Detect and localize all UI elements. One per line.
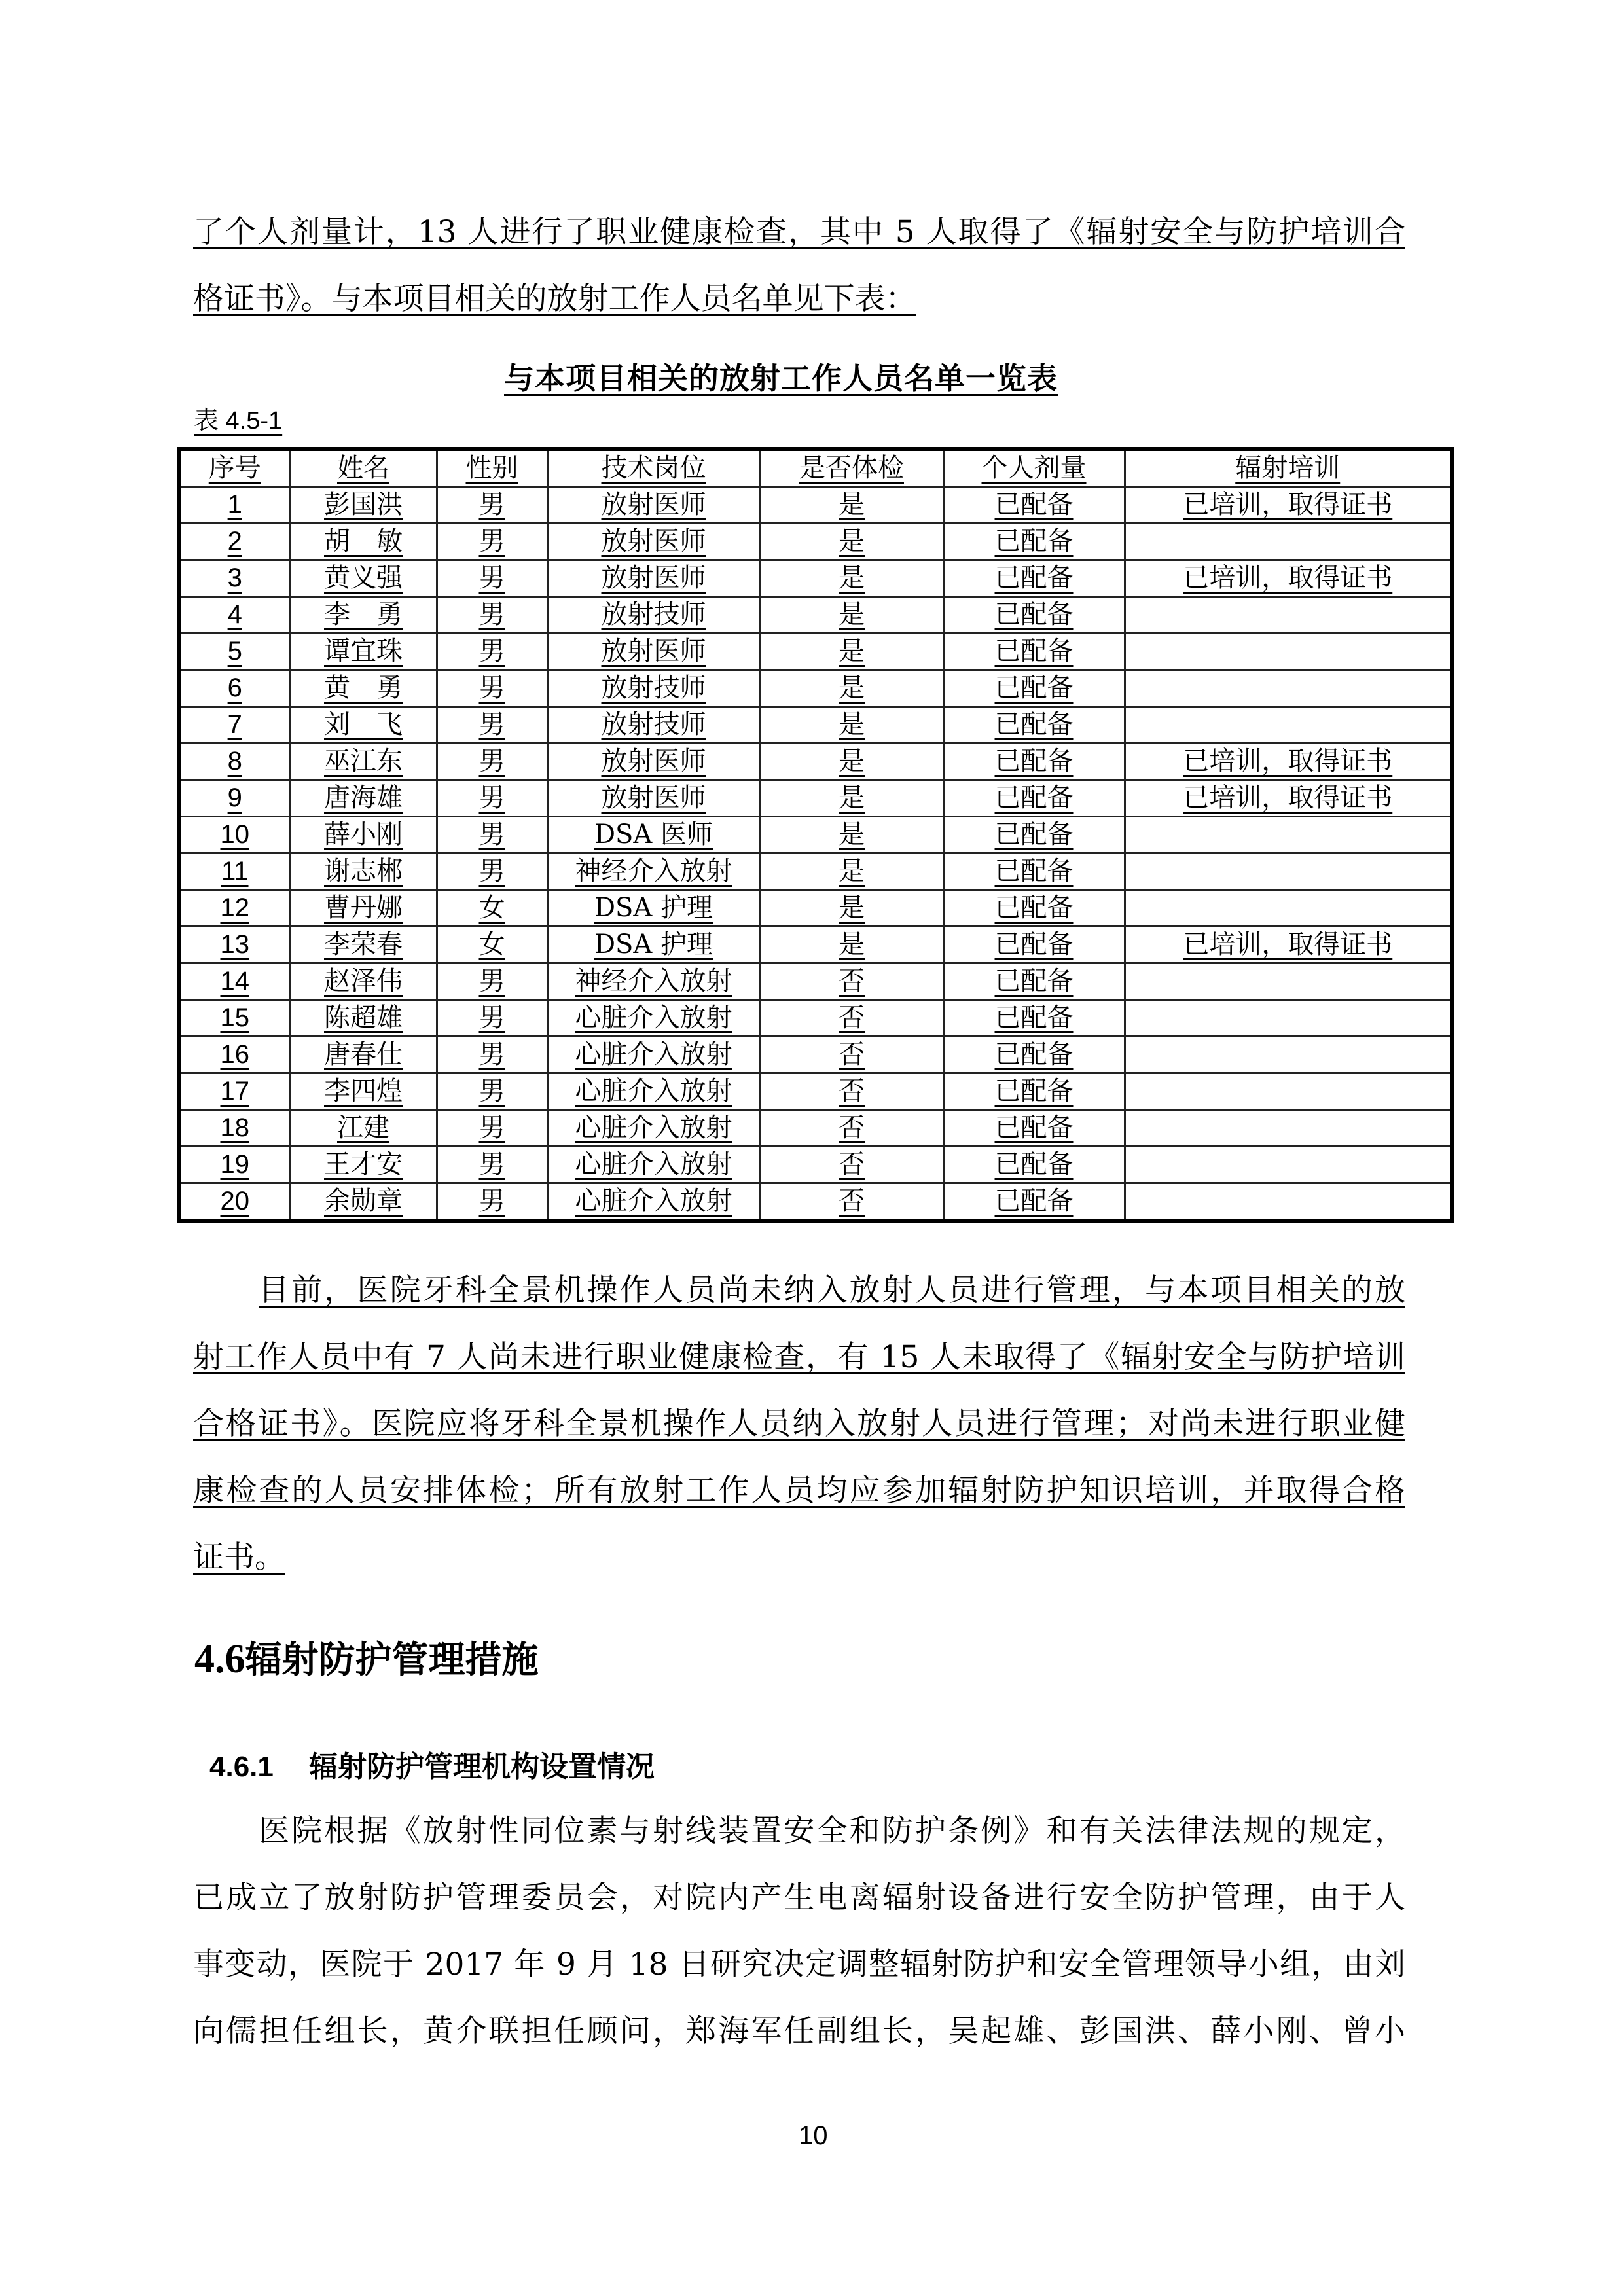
table-cell: 谢志郴 xyxy=(290,853,437,890)
table-cell: 男 xyxy=(437,670,547,707)
table-cell: 放射医师 xyxy=(547,744,760,780)
intro-line-1: 了个人剂量计，13 人进行了职业健康检查，其中 5 人取得了《辐射安全与防护培训… xyxy=(193,213,1405,252)
subsection-number: 4.6.1 xyxy=(209,1748,309,1787)
table-cell: 是 xyxy=(760,670,943,707)
table-cell: 是 xyxy=(760,780,943,817)
table-cell: 已配备 xyxy=(943,927,1125,963)
table-cell: 17 xyxy=(179,1073,290,1110)
table-cell: 已配备 xyxy=(943,1183,1125,1221)
table-cell: 是 xyxy=(760,890,943,927)
table-cell: 巫江东 xyxy=(290,744,437,780)
intro-line-2: 格证书》。与本项目相关的放射工作人员名单见下表： xyxy=(193,279,1405,319)
table-cell: 否 xyxy=(760,1037,943,1073)
table-cell: 已配备 xyxy=(943,1147,1125,1183)
after-table-line-1: 目前，医院牙科全景机操作人员尚未纳入放射人员进行管理，与本项目相关的放 xyxy=(259,1271,1405,1310)
table-header-row: 序号 姓名 性别 技术岗位 是否体检 个人剂量 辐射培训 xyxy=(179,449,1452,487)
table-cell: 7 xyxy=(179,707,290,744)
table-cell: 男 xyxy=(437,1073,547,1110)
table-cell: 黄义强 xyxy=(290,560,437,597)
table-cell: 男 xyxy=(437,1147,547,1183)
table-cell xyxy=(1125,634,1452,670)
table-cell: 放射医师 xyxy=(547,524,760,560)
table-cell: 刘 飞 xyxy=(290,707,437,744)
table-title-text: 与本项目相关的放射工作人员名单一览表 xyxy=(504,361,1058,396)
table-cell: 是 xyxy=(760,927,943,963)
table-cell: 是 xyxy=(760,817,943,853)
table-cell: 男 xyxy=(437,487,547,524)
table-row: 8巫江东男放射医师是已配备已培训，取得证书 xyxy=(179,744,1452,780)
table-cell xyxy=(1125,1110,1452,1147)
table-cell: 已配备 xyxy=(943,1000,1125,1037)
after-table-text: 目前，医院牙科全景机操作人员尚未纳入放射人员进行管理，与本项目相关的放 xyxy=(259,1272,1405,1308)
table-cell: 唐春仕 xyxy=(290,1037,437,1073)
table-cell: 14 xyxy=(179,963,290,1000)
after-table-text: 射工作人员中有 7 人尚未进行职业健康检查，有 15 人未取得了《辐射安全与防护… xyxy=(193,1339,1405,1375)
after-table-line-3: 合格证书》。医院应将牙科全景机操作人员纳入放射人员进行管理；对尚未进行职业健 xyxy=(193,1405,1405,1444)
table-cell: 心脏介入放射 xyxy=(547,1110,760,1147)
table-label-text: 表 4.5-1 xyxy=(194,407,282,435)
table-cell: 李四煌 xyxy=(290,1073,437,1110)
table-cell: 已配备 xyxy=(943,524,1125,560)
table-row: 1彭国洪男放射医师是已配备已培训，取得证书 xyxy=(179,487,1452,524)
table-cell: 男 xyxy=(437,597,547,634)
table-row: 19王才安男心脏介入放射否已配备 xyxy=(179,1147,1452,1183)
table-cell: 已配备 xyxy=(943,1073,1125,1110)
table-cell: 已配备 xyxy=(943,707,1125,744)
table-row: 11谢志郴男神经介入放射是已配备 xyxy=(179,853,1452,890)
body-text: 医院根据《放射性同位素与射线装置安全和防护条例》和有关法律法规的规定， xyxy=(259,1813,1405,1849)
table-cell: 李荣春 xyxy=(290,927,437,963)
table-cell: 是 xyxy=(760,524,943,560)
header-cell: 性别 xyxy=(437,449,547,487)
table-cell: 已配备 xyxy=(943,634,1125,670)
table-cell: 唐海雄 xyxy=(290,780,437,817)
table-cell: 心脏介入放射 xyxy=(547,1147,760,1183)
intro-text: 格证书》。与本项目相关的放射工作人员名单见下表： xyxy=(193,281,916,317)
table-cell: 放射技师 xyxy=(547,670,760,707)
table-row: 6黄 勇男放射技师是已配备 xyxy=(179,670,1452,707)
body-line-1: 医院根据《放射性同位素与射线装置安全和防护条例》和有关法律法规的规定， xyxy=(259,1812,1405,1851)
table-row: 5谭宜珠男放射医师是已配备 xyxy=(179,634,1452,670)
table-cell: 16 xyxy=(179,1037,290,1073)
table-cell: 11 xyxy=(179,853,290,890)
table-cell: 女 xyxy=(437,890,547,927)
table-cell xyxy=(1125,853,1452,890)
table-row: 15陈超雄男心脏介入放射否已配备 xyxy=(179,1000,1452,1037)
table-cell: 已配备 xyxy=(943,1110,1125,1147)
table-cell: 男 xyxy=(437,1000,547,1037)
table-cell: 已培训，取得证书 xyxy=(1125,744,1452,780)
staff-table: 序号 姓名 性别 技术岗位 是否体检 个人剂量 辐射培训 1彭国洪男放射医师是已… xyxy=(177,447,1454,1223)
table-cell xyxy=(1125,707,1452,744)
header-cell: 序号 xyxy=(179,449,290,487)
table-cell: 已配备 xyxy=(943,487,1125,524)
table-cell: 15 xyxy=(179,1000,290,1037)
table-cell: 黄 勇 xyxy=(290,670,437,707)
table-cell: 12 xyxy=(179,890,290,927)
table-cell: 是 xyxy=(760,707,943,744)
table-cell: 20 xyxy=(179,1183,290,1221)
after-table-text: 康检查的人员安排体检；所有放射工作人员均应参加辐射防护知识培训，并取得合格 xyxy=(193,1473,1405,1509)
table-cell: 男 xyxy=(437,634,547,670)
table-cell: 心脏介入放射 xyxy=(547,1000,760,1037)
table-cell: 彭国洪 xyxy=(290,487,437,524)
table-row: 16唐春仕男心脏介入放射否已配备 xyxy=(179,1037,1452,1073)
header-cell: 姓名 xyxy=(290,449,437,487)
header-cell: 是否体检 xyxy=(760,449,943,487)
table-cell: 2 xyxy=(179,524,290,560)
table-cell: 心脏介入放射 xyxy=(547,1073,760,1110)
table-row: 20余勋章男心脏介入放射否已配备 xyxy=(179,1183,1452,1221)
page-number: 10 xyxy=(799,2121,828,2151)
table-cell: DSA 护理 xyxy=(547,927,760,963)
table-cell: 已配备 xyxy=(943,853,1125,890)
table-label: 表 4.5-1 xyxy=(194,406,282,436)
table-cell: 13 xyxy=(179,927,290,963)
table-cell xyxy=(1125,597,1452,634)
table-cell: DSA 医师 xyxy=(547,817,760,853)
after-table-text: 合格证书》。医院应将牙科全景机操作人员纳入放射人员进行管理；对尚未进行职业健 xyxy=(193,1406,1405,1442)
table-cell: 放射技师 xyxy=(547,597,760,634)
table-cell: 已配备 xyxy=(943,597,1125,634)
section-number: 4.6 xyxy=(194,1637,245,1681)
after-table-line-2: 射工作人员中有 7 人尚未进行职业健康检查，有 15 人未取得了《辐射安全与防护… xyxy=(193,1338,1405,1377)
table-cell: 神经介入放射 xyxy=(547,853,760,890)
table-cell: 男 xyxy=(437,560,547,597)
table-cell: 否 xyxy=(760,1183,943,1221)
table-row: 4李 勇男放射技师是已配备 xyxy=(179,597,1452,634)
table-cell: 神经介入放射 xyxy=(547,963,760,1000)
table-body: 1彭国洪男放射医师是已配备已培训，取得证书2胡 敏男放射医师是已配备3黄义强男放… xyxy=(179,487,1452,1221)
table-cell: 是 xyxy=(760,853,943,890)
table-cell: 男 xyxy=(437,817,547,853)
table-cell: 男 xyxy=(437,744,547,780)
table-cell: 胡 敏 xyxy=(290,524,437,560)
table-cell: 19 xyxy=(179,1147,290,1183)
table-cell: 3 xyxy=(179,560,290,597)
table-cell: 已配备 xyxy=(943,780,1125,817)
table-row: 7刘 飞男放射技师是已配备 xyxy=(179,707,1452,744)
table-cell xyxy=(1125,1183,1452,1221)
intro-text: 了个人剂量计，13 人进行了职业健康检查，其中 5 人取得了《辐射安全与防护培训… xyxy=(193,214,1405,250)
subsection-title: 辐射防护管理机构设置情况 xyxy=(309,1750,655,1784)
table-cell: 心脏介入放射 xyxy=(547,1037,760,1073)
table-cell: 男 xyxy=(437,1037,547,1073)
table-row: 2胡 敏男放射医师是已配备 xyxy=(179,524,1452,560)
table-cell: 是 xyxy=(760,597,943,634)
header-cell: 技术岗位 xyxy=(547,449,760,487)
table-cell xyxy=(1125,817,1452,853)
header-cell: 辐射培训 xyxy=(1125,449,1452,487)
table-cell: 已配备 xyxy=(943,890,1125,927)
body-text: 已成立了放射防护管理委员会，对院内产生电离辐射设备进行安全防护管理，由于人 xyxy=(193,1880,1405,1916)
table-cell: 女 xyxy=(437,927,547,963)
table-cell: 谭宜珠 xyxy=(290,634,437,670)
table-row: 17李四煌男心脏介入放射否已配备 xyxy=(179,1073,1452,1110)
table-cell: DSA 护理 xyxy=(547,890,760,927)
after-table-line-5: 证书。 xyxy=(193,1538,1405,1577)
table-cell xyxy=(1125,670,1452,707)
table-cell: 否 xyxy=(760,963,943,1000)
table-cell: 4 xyxy=(179,597,290,634)
table-cell: 放射医师 xyxy=(547,560,760,597)
table-cell: 已培训，取得证书 xyxy=(1125,560,1452,597)
table-row: 13李荣春女DSA 护理是已配备已培训，取得证书 xyxy=(179,927,1452,963)
table-row: 18江建男心脏介入放射否已配备 xyxy=(179,1110,1452,1147)
table-cell: 否 xyxy=(760,1073,943,1110)
table-cell: 江建 xyxy=(290,1110,437,1147)
header-cell: 个人剂量 xyxy=(943,449,1125,487)
table-cell: 是 xyxy=(760,487,943,524)
table-cell: 否 xyxy=(760,1110,943,1147)
table-cell: 否 xyxy=(760,1000,943,1037)
table-row: 14赵泽伟男神经介入放射否已配备 xyxy=(179,963,1452,1000)
table-cell: 是 xyxy=(760,560,943,597)
table-cell: 曹丹娜 xyxy=(290,890,437,927)
table-cell xyxy=(1125,1000,1452,1037)
table-cell xyxy=(1125,890,1452,927)
table-cell: 已配备 xyxy=(943,670,1125,707)
table-cell: 已配备 xyxy=(943,560,1125,597)
table-row: 10薛小刚男DSA 医师是已配备 xyxy=(179,817,1452,853)
table-row: 3黄义强男放射医师是已配备已培训，取得证书 xyxy=(179,560,1452,597)
subsection-heading: 4.6.1辐射防护管理机构设置情况 xyxy=(209,1748,655,1787)
table-cell: 放射医师 xyxy=(547,780,760,817)
table-cell: 王才安 xyxy=(290,1147,437,1183)
after-table-line-4: 康检查的人员安排体检；所有放射工作人员均应参加辐射防护知识培训，并取得合格 xyxy=(193,1471,1405,1511)
table-cell xyxy=(1125,1073,1452,1110)
table-cell: 已配备 xyxy=(943,744,1125,780)
table-cell: 男 xyxy=(437,1110,547,1147)
section-heading: 4.6辐射防护管理措施 xyxy=(194,1636,539,1683)
table-cell: 18 xyxy=(179,1110,290,1147)
after-table-text: 证书。 xyxy=(193,1539,285,1575)
table-cell xyxy=(1125,524,1452,560)
table-cell: 放射医师 xyxy=(547,487,760,524)
table-cell: 男 xyxy=(437,853,547,890)
table-cell: 9 xyxy=(179,780,290,817)
table-cell: 心脏介入放射 xyxy=(547,1183,760,1221)
table-cell: 薛小刚 xyxy=(290,817,437,853)
table-cell: 陈超雄 xyxy=(290,1000,437,1037)
table-cell: 男 xyxy=(437,963,547,1000)
table-cell: 否 xyxy=(760,1147,943,1183)
table-cell: 6 xyxy=(179,670,290,707)
table-cell: 是 xyxy=(760,634,943,670)
table-cell: 男 xyxy=(437,707,547,744)
section-title: 辐射防护管理措施 xyxy=(245,1639,539,1681)
table-cell xyxy=(1125,1147,1452,1183)
table-cell: 男 xyxy=(437,524,547,560)
body-text: 向儒担任组长，黄介联担任顾问，郑海军任副组长，吴起雄、彭国洪、薛小刚、曾小 xyxy=(193,2013,1405,2049)
body-line-3: 事变动，医院于 2017 年 9 月 18 日研究决定调整辐射防护和安全管理领导… xyxy=(193,1945,1405,1984)
table-row: 9唐海雄男放射医师是已配备已培训，取得证书 xyxy=(179,780,1452,817)
table-cell: 男 xyxy=(437,1183,547,1221)
table-cell: 余勋章 xyxy=(290,1183,437,1221)
table-cell: 已配备 xyxy=(943,963,1125,1000)
table-cell: 是 xyxy=(760,744,943,780)
table-cell: 1 xyxy=(179,487,290,524)
table-cell: 男 xyxy=(437,780,547,817)
table-cell xyxy=(1125,1037,1452,1073)
table-cell: 8 xyxy=(179,744,290,780)
table-cell: 5 xyxy=(179,634,290,670)
table-cell: 赵泽伟 xyxy=(290,963,437,1000)
table-title: 与本项目相关的放射工作人员名单一览表 xyxy=(504,359,1106,398)
table-cell: 已配备 xyxy=(943,1037,1125,1073)
table-cell: 已培训，取得证书 xyxy=(1125,487,1452,524)
table-cell: 已培训，取得证书 xyxy=(1125,927,1452,963)
body-line-2: 已成立了放射防护管理委员会，对院内产生电离辐射设备进行安全防护管理，由于人 xyxy=(193,1878,1405,1918)
table-cell: 李 勇 xyxy=(290,597,437,634)
table-cell xyxy=(1125,963,1452,1000)
table-cell: 放射医师 xyxy=(547,634,760,670)
table-cell: 10 xyxy=(179,817,290,853)
body-line-4: 向儒担任组长，黄介联担任顾问，郑海军任副组长，吴起雄、彭国洪、薛小刚、曾小 xyxy=(193,2012,1405,2051)
table-cell: 已培训，取得证书 xyxy=(1125,780,1452,817)
table-cell: 放射技师 xyxy=(547,707,760,744)
table-row: 12曹丹娜女DSA 护理是已配备 xyxy=(179,890,1452,927)
table-cell: 已配备 xyxy=(943,817,1125,853)
body-text: 事变动，医院于 2017 年 9 月 18 日研究决定调整辐射防护和安全管理领导… xyxy=(193,1946,1405,1982)
